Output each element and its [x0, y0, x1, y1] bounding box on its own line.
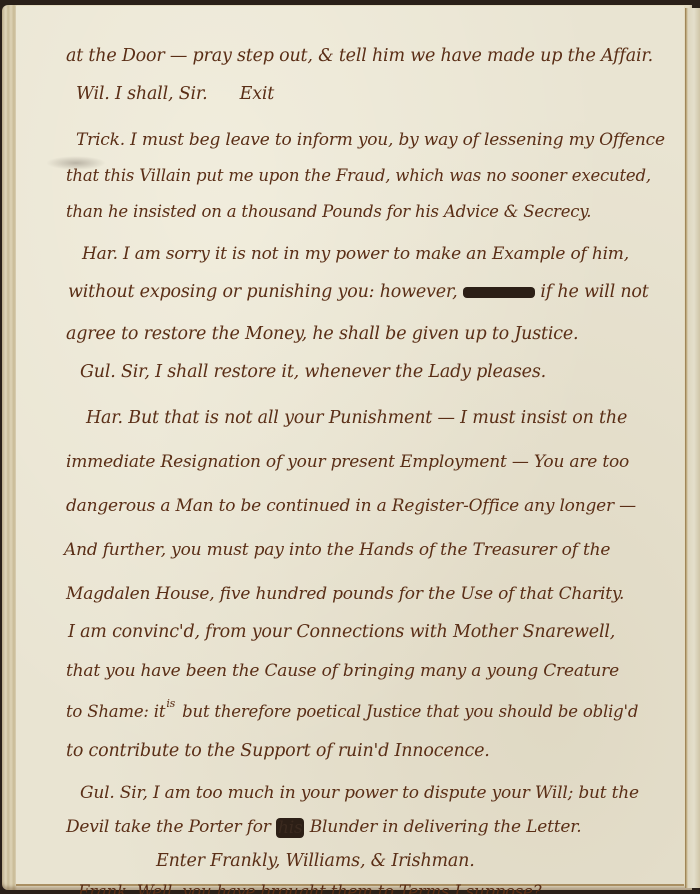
text-line: at the Door — pray step out, & tell him …	[66, 46, 653, 66]
text-line: Har. I am sorry it is not in my power to…	[82, 244, 629, 264]
text-line: immediate Resignation of your present Em…	[66, 452, 629, 472]
text-line: that this Villain put me upon the Fraud,…	[66, 166, 651, 185]
text-line: Frank. Well, you have brought them to Te…	[78, 882, 541, 894]
speaker-name: Gul.	[80, 362, 116, 382]
text-line: Devil take the Porter for his Blunder in…	[66, 817, 581, 838]
text-line: that you have been the Cause of bringing…	[66, 661, 619, 681]
text-line: Trick. I must beg leave to inform you, b…	[76, 130, 665, 150]
text-line: Gul. Sir, I am too much in your power to…	[80, 783, 639, 803]
facing-page-edge	[685, 8, 700, 888]
text-line: dangerous a Man to be continued in a Reg…	[66, 496, 636, 516]
text-line: Wil. I shall, Sir. Exit	[76, 84, 274, 104]
text-line: to Shame: it is but therefore poetical J…	[66, 702, 638, 721]
text-line: I am convinc'd, from your Connections wi…	[68, 622, 615, 642]
insertion-mark: is	[166, 697, 175, 710]
text-line: Magdalen House, five hundred pounds for …	[66, 584, 624, 604]
struck-out-word: his	[276, 818, 305, 838]
scanned-manuscript: at the Door — pray step out, & tell him …	[0, 0, 700, 894]
text-line: agree to restore the Money, he shall be …	[66, 324, 578, 344]
text-line: Gul. Sir, I shall restore it, whenever t…	[80, 362, 546, 382]
text-line: to contribute to the Support of ruin'd I…	[66, 741, 490, 761]
text-line: Har. But that is not all your Punishment…	[86, 408, 627, 428]
struck-out-word: [struck]	[463, 287, 535, 298]
speaker-name: Har.	[86, 408, 123, 428]
speaker-name: Wil.	[76, 84, 110, 104]
text-line: And further, you must pay into the Hands…	[64, 540, 610, 560]
speaker-name: Frank.	[78, 882, 132, 894]
manuscript-page: at the Door — pray step out, & tell him …	[16, 6, 684, 886]
text-line: without exposing or punishing you: howev…	[68, 282, 649, 302]
speaker-name: Gul.	[80, 783, 115, 803]
speaker-name: Har.	[82, 244, 118, 264]
stage-direction: Enter Frankly, Williams, & Irishman.	[156, 851, 475, 871]
handwritten-text: at the Door — pray step out, & tell him …	[16, 6, 684, 884]
speaker-name: Trick.	[76, 130, 125, 150]
text-line: than he insisted on a thousand Pounds fo…	[66, 202, 591, 221]
